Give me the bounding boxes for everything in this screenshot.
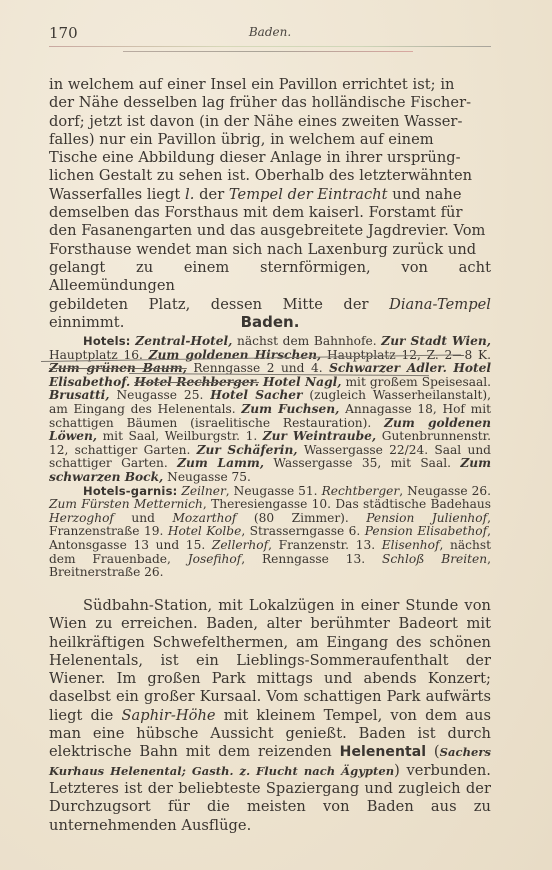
text-line: der Nähe desselben lag früher das hollän… xyxy=(49,94,491,112)
text-line: den Fasanengarten und das ausgebreitete … xyxy=(49,222,491,240)
text-line: falles) nur ein Pavillon übrig, in welch… xyxy=(49,131,491,149)
hotel-name: Zellerhof xyxy=(212,538,268,552)
header-rule xyxy=(49,46,491,47)
hotel-name: Schwarzer Adler. xyxy=(329,361,447,375)
hotel-name: Pension Elisabethof xyxy=(365,524,487,538)
hotel-name: Zur Schäferin, xyxy=(197,443,298,457)
running-title: Baden. xyxy=(49,25,491,39)
paragraph-laxenburg: in welchem auf einer Insel ein Pavillon … xyxy=(49,76,491,332)
hotel-name: Brusatti, xyxy=(49,388,109,402)
section-title: Baden. xyxy=(49,313,491,331)
place-tempel-der-eintracht: Tempel der Eintracht xyxy=(229,186,388,203)
hotel-name: Hotel Rechberger. xyxy=(134,375,259,389)
text-line: in welchem auf einer Insel ein Pavillon … xyxy=(49,76,491,94)
hotel-name: Rechtberger xyxy=(322,484,400,498)
hotel-name: Josefihof xyxy=(188,552,242,566)
text-line: Tische eine Abbildung dieser Anlage in i… xyxy=(49,149,491,167)
hotels-list: Hotels: Zentral-Hotel, nächst dem Bahnho… xyxy=(49,335,491,580)
hotels-label: Hotels: xyxy=(83,334,131,348)
header-rule-secondary xyxy=(123,51,413,52)
page-header: 170 Baden. xyxy=(49,22,491,42)
text-line: Forsthause wendet man sich nach Laxenbur… xyxy=(49,241,491,259)
hotel-name: Herzoghof xyxy=(49,511,114,525)
hotel-name: Zum Fuchsen, xyxy=(241,402,339,416)
hotel-name: Mozarthof xyxy=(172,511,236,525)
hotel-name: Hotel Kolbe xyxy=(168,524,241,538)
hotel-name: Zum Lamm, xyxy=(177,456,264,470)
hotel-name: Pension Julienhof xyxy=(366,511,487,525)
place-diana-tempel: Diana-Tempel xyxy=(389,296,491,313)
place-saphir-hoehe: Saphir-Höhe xyxy=(122,707,216,724)
hotels-garnis-paragraph: Hotels-garnis: Zeilner, Neugasse 51. Rec… xyxy=(49,485,491,580)
hotel-name: Zentral-Hotel, xyxy=(135,334,232,348)
paragraph-baden-description: Südbahn-Station, mit Lokalzügen in einer… xyxy=(49,597,491,835)
hotel-name: Zur Stadt Wien, xyxy=(381,334,491,348)
hotel-name: Zum Fürsten Metternich xyxy=(49,497,203,511)
text-line: lichen Gestalt zu sehen ist. Oberhalb de… xyxy=(49,167,491,185)
hotel-name: Hotel Nagl, xyxy=(263,375,341,389)
hotels-garnis-label: Hotels-garnis: xyxy=(83,484,177,498)
text-line: dorf; jetzt ist davon (in der Nähe eines… xyxy=(49,113,491,131)
hotel-name: Schloß Breiten xyxy=(382,552,487,566)
place-helenental: Helenental xyxy=(340,744,426,760)
text-line: gelangt zu einem sternförmigen, von acht… xyxy=(49,259,491,296)
hotel-name: Hotel Sacher xyxy=(210,388,302,402)
text-line: Wasserfalles liegt l. der Tempel der Ein… xyxy=(49,186,491,204)
hotel-name: Zeilner xyxy=(181,484,225,498)
hotel-name: Zur Weintraube, xyxy=(263,429,376,443)
hotel-name: Elisenhof xyxy=(382,538,440,552)
text-line: demselben das Forsthaus mit dem kaiserl.… xyxy=(49,204,491,222)
